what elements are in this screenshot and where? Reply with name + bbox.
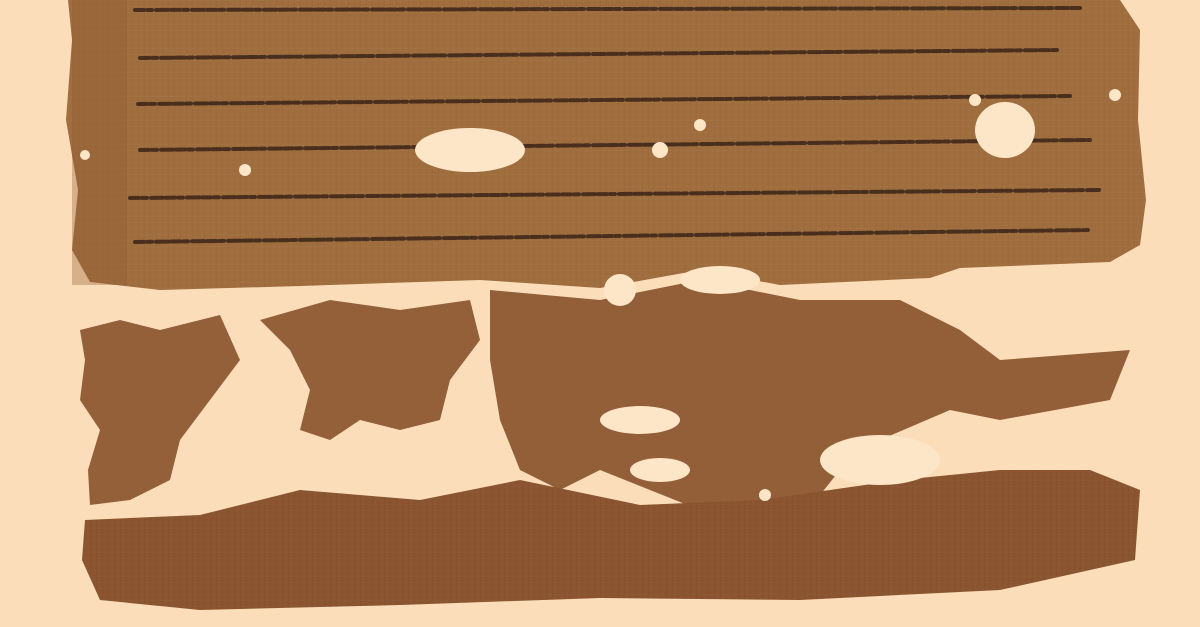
- upper-text-block: [66, 0, 1146, 290]
- papyrus-photo: [0, 0, 1200, 627]
- papyrus-illustration: [0, 0, 1200, 627]
